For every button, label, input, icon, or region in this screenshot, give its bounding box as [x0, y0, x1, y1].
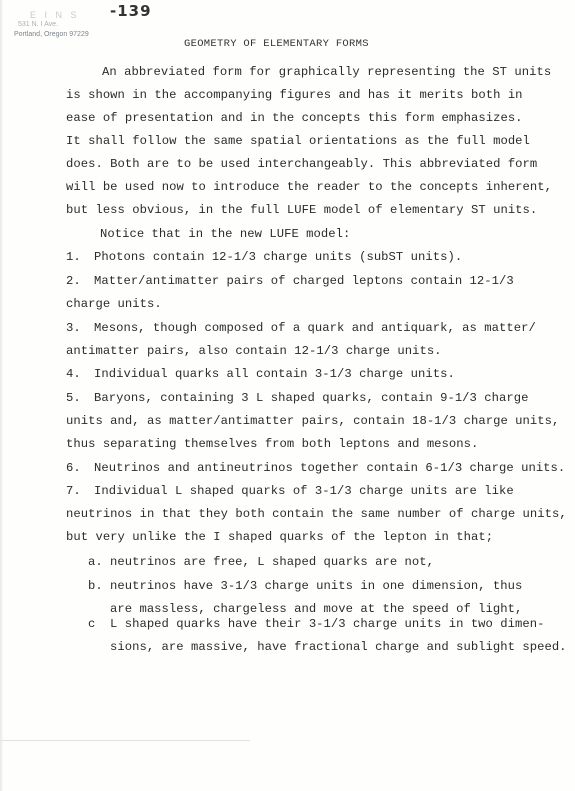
sub-item-b: b.neutrinos have 3-1/3 charge units in o… [88, 579, 522, 593]
document-title: GEOMETRY OF ELEMENTARY FORMS [184, 38, 369, 50]
list-item-6: 6.Neutrinos and antineutrinos together c… [66, 461, 565, 475]
page-edge-shadow [0, 0, 3, 791]
page-fold-line [0, 740, 250, 741]
stamp-line-2: 531 N. I Ave. [18, 21, 58, 28]
intro-line: does. Both are to be used interchangeabl… [66, 157, 537, 171]
document-page: E I N S 531 N. I Ave. Portland, Oregon 9… [0, 0, 575, 791]
sub-item-b-continuation: are massless, chargeless and move at the… [110, 602, 522, 616]
list-item-2-continuation: charge units. [66, 297, 162, 311]
list-item-5-continuation: thus separating themselves from both lep… [66, 437, 478, 451]
item-number: 6. [66, 461, 94, 475]
intro-line: will be used now to introduce the reader… [66, 180, 552, 194]
list-item-7: 7.Individual L shaped quarks of 3-1/3 ch… [66, 484, 514, 498]
sub-item-c-continuation: sions, are massive, have fractional char… [110, 640, 567, 654]
list-item-2: 2.Matter/antimatter pairs of charged lep… [66, 274, 514, 288]
item-number: 3. [66, 321, 94, 335]
stamp-line-1: E I N S [30, 10, 80, 20]
list-item-5-continuation: units and, as matter/antimatter pairs, c… [66, 414, 559, 428]
intro-line: ease of presentation and in the concepts… [66, 111, 523, 125]
intro-line: but less obvious, in the full LUFE model… [66, 203, 537, 217]
list-item-5: 5.Baryons, containing 3 L shaped quarks,… [66, 391, 528, 405]
sub-item-c: cL shaped quarks have their 3-1/3 charge… [88, 617, 544, 631]
list-item-7-continuation: but very unlike the I shaped quarks of t… [66, 530, 493, 544]
list-item-3-continuation: antimatter pairs, also contain 12-1/3 ch… [66, 344, 442, 358]
item-number: 5. [66, 391, 94, 405]
item-number: 7. [66, 484, 94, 498]
list-item-1: 1.Photons contain 12-1/3 charge units (s… [66, 250, 462, 264]
address-stamp: E I N S 531 N. I Ave. Portland, Oregon 9… [14, 4, 124, 38]
handwritten-page-number: -139 [110, 2, 152, 20]
list-item-3: 3.Mesons, though composed of a quark and… [66, 321, 536, 335]
sub-item-letter: a. [88, 555, 110, 569]
notice-line: Notice that in the new LUFE model: [100, 227, 350, 241]
item-number: 4. [66, 367, 94, 381]
sub-item-letter: c [88, 617, 110, 631]
intro-line: is shown in the accompanying figures and… [66, 88, 523, 102]
intro-line: An abbreviated form for graphically repr… [102, 65, 551, 79]
sub-item-letter: b. [88, 579, 110, 593]
list-item-4: 4.Individual quarks all contain 3-1/3 ch… [66, 367, 455, 381]
stamp-line-3: Portland, Oregon 97229 [14, 31, 89, 38]
intro-line: It shall follow the same spatial orienta… [66, 134, 530, 148]
sub-item-a: a.neutrinos are free, L shaped quarks ar… [88, 555, 434, 569]
item-number: 2. [66, 274, 94, 288]
list-item-7-continuation: neutrinos in that they both contain the … [66, 507, 567, 521]
item-number: 1. [66, 250, 94, 264]
